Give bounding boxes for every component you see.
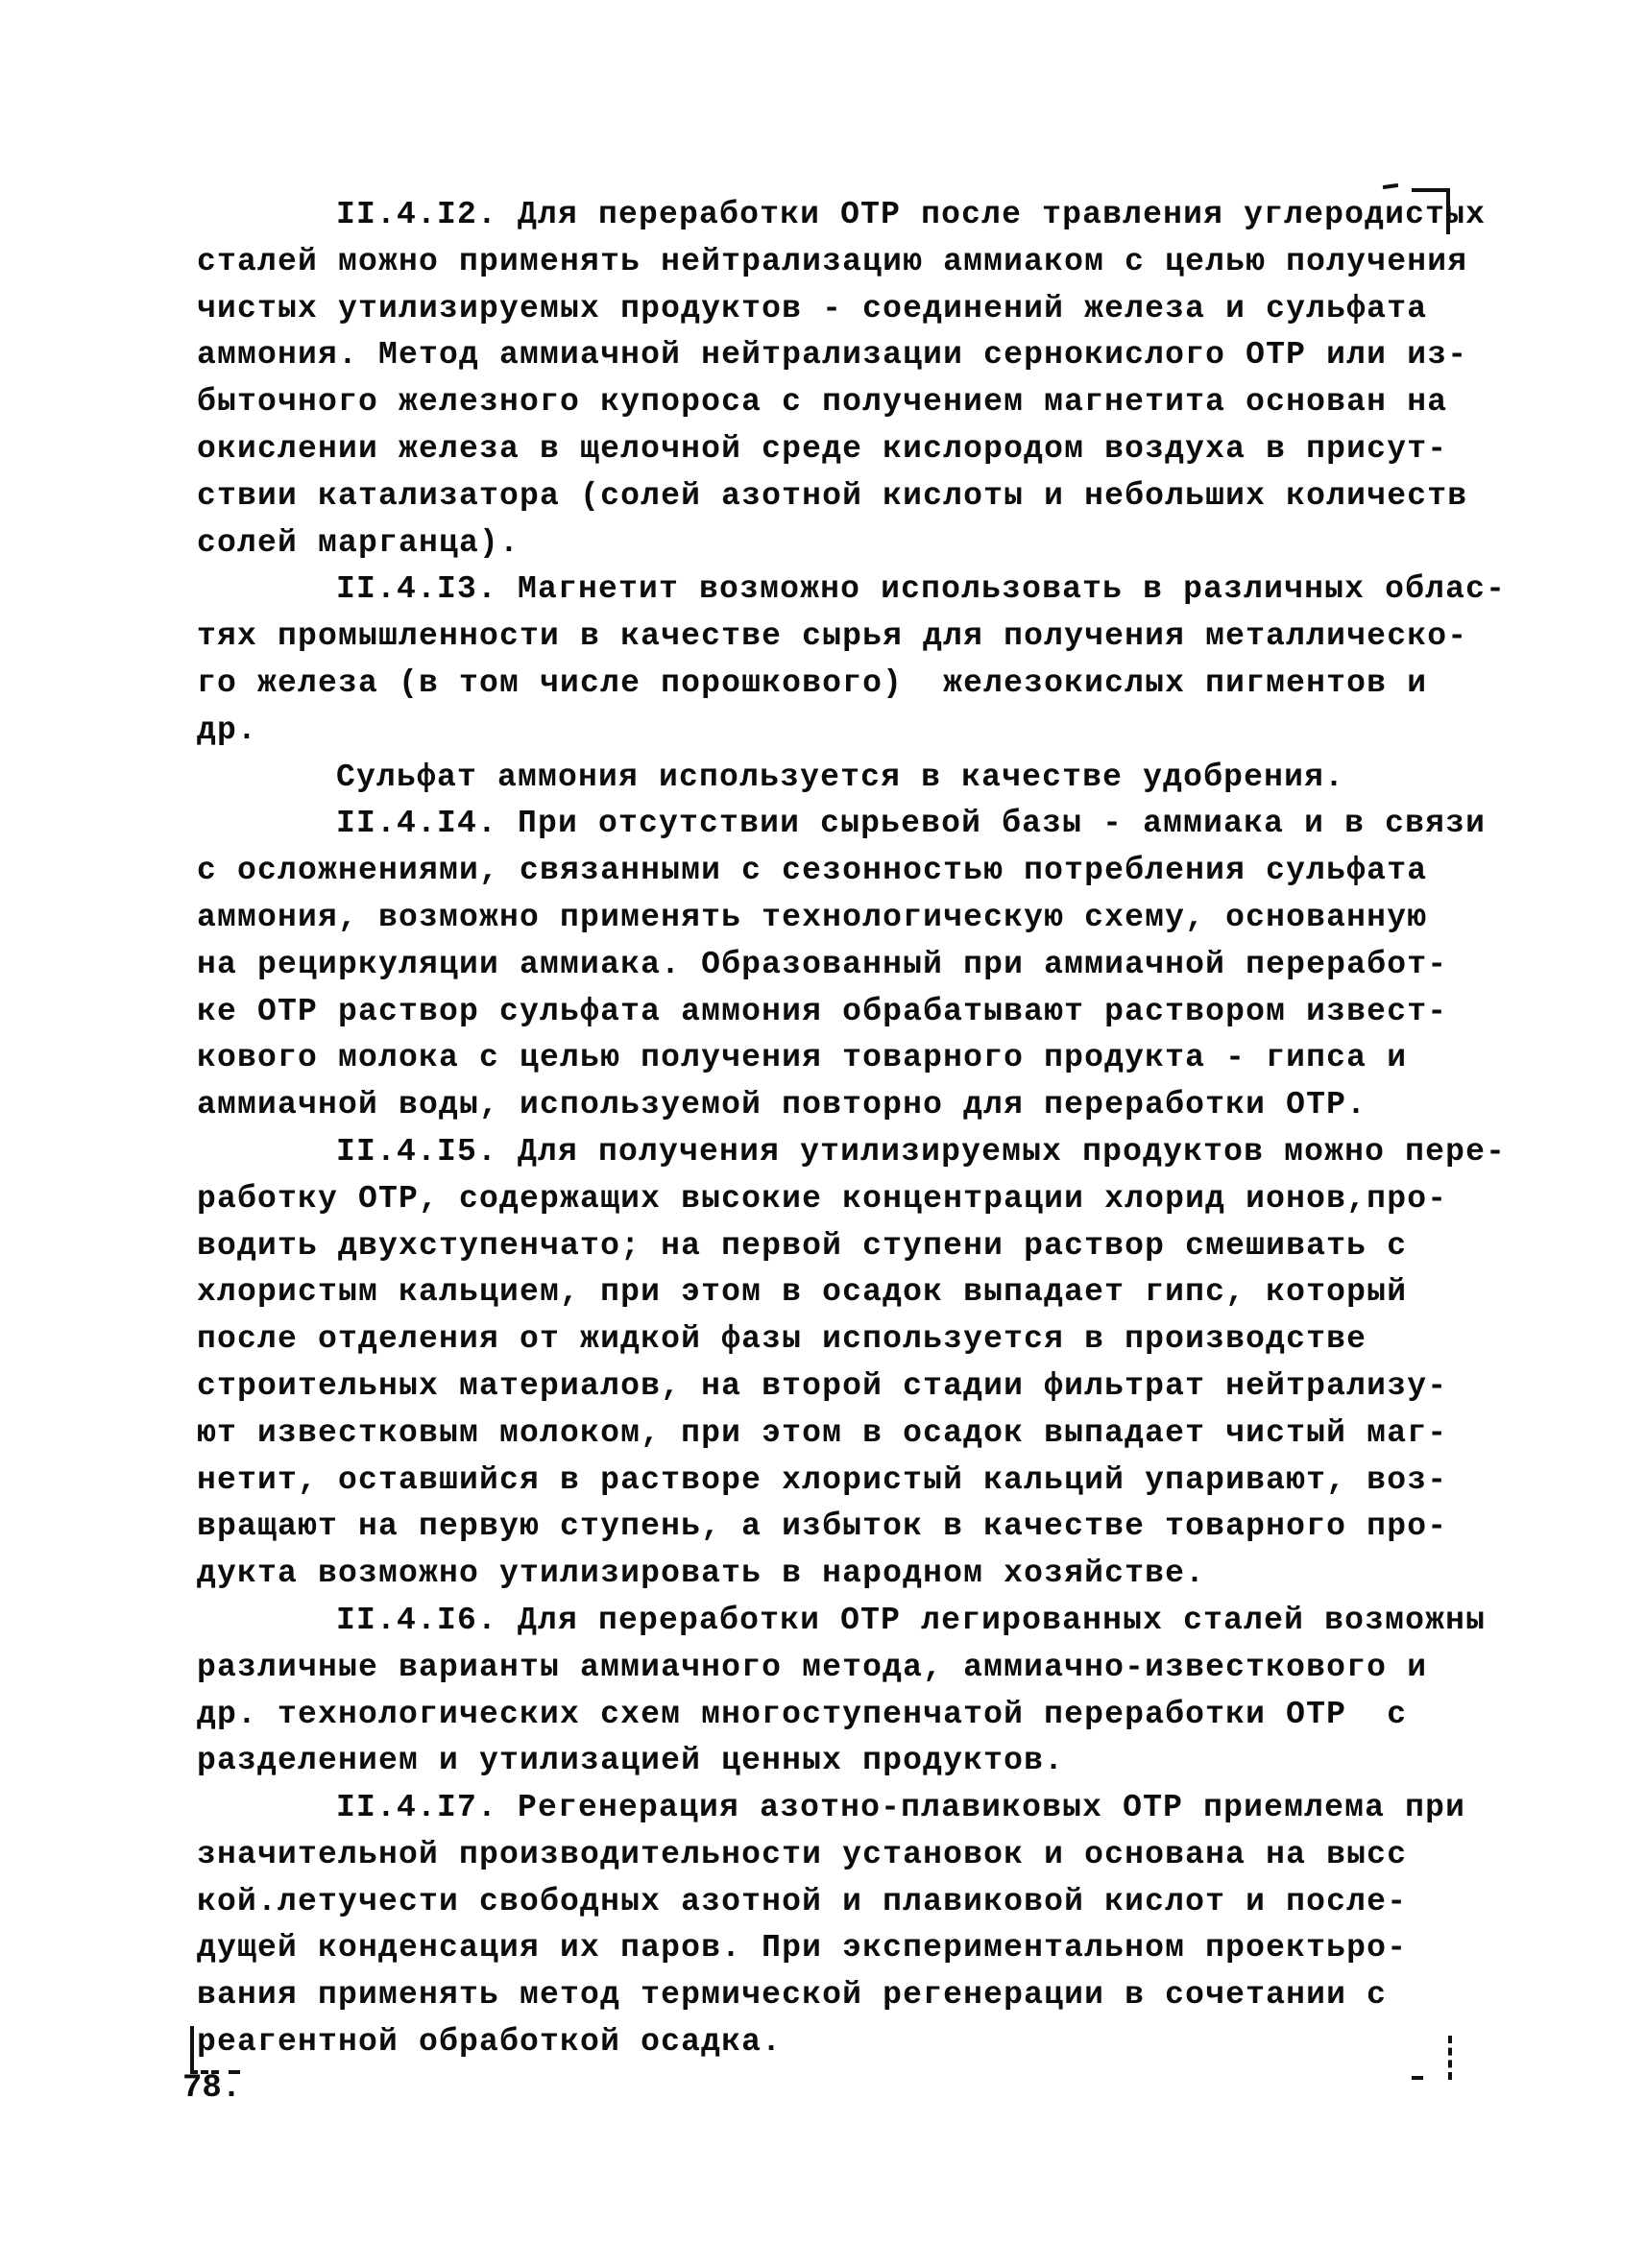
document-text-block: II.4.I2. Для переработки ОТР после травл… [197,192,1503,2066]
text-line: чистых утилизируемых продуктов - соедине… [197,286,1503,333]
text-line: реагентной обработкой осадка. [197,2019,1503,2066]
text-line: кой.летучести свободных азотной и плавик… [197,1879,1503,1926]
text-line: аммония, возможно применять технологичес… [197,895,1503,942]
text-line: значительной производительности установо… [197,1832,1503,1879]
text-line: с осложнениями, связанными с сезонностью… [197,848,1503,895]
text-line: дукта возможно утилизировать в народном … [197,1551,1503,1598]
text-line: ке ОТР раствор сульфата аммония обрабаты… [197,989,1503,1036]
text-line: II.4.I3. Магнетит возможно использовать … [197,567,1503,614]
crop-mark-bottom-right-icon [1433,2036,1452,2080]
text-line: на рециркуляции аммиака. Образованный пр… [197,942,1503,989]
text-line: II.4.I6. Для переработки ОТР легированны… [197,1598,1503,1645]
text-line: после отделения от жидкой фазы используе… [197,1316,1503,1363]
text-line: хлористым кальцием, при этом в осадок вы… [197,1269,1503,1316]
text-line: нетит, оставшийся в растворе хлористый к… [197,1458,1503,1505]
text-line: кового молока с целью получения товарног… [197,1035,1503,1082]
page-number: 78. [182,2070,241,2107]
text-line: ют известковым молоком, при этом в осадо… [197,1411,1503,1458]
text-line: ствии катализатора (солей азотной кислот… [197,473,1503,520]
document-page: II.4.I2. Для переработки ОТР после травл… [0,0,1645,2268]
text-line: окислении железа в щелочной среде кислор… [197,426,1503,473]
crop-mark-bottom-left-tick-icon [229,2070,240,2074]
text-line: вращают на первую ступень, а избыток в к… [197,1504,1503,1551]
text-line: др. [197,708,1503,755]
crop-mark-bottom-right-tick-icon [1412,2076,1423,2080]
text-line: строительных материалов, на второй стади… [197,1363,1503,1411]
text-line: II.4.I2. Для переработки ОТР после травл… [197,192,1503,239]
text-line: быточного железного купороса с получение… [197,379,1503,426]
text-line: аммония. Метод аммиачной нейтрализации с… [197,332,1503,379]
text-line: различные варианты аммиачного метода, ам… [197,1645,1503,1692]
text-line: дущей конденсация их паров. При эксперим… [197,1925,1503,1972]
text-line: II.4.I5. Для получения утилизируемых про… [197,1129,1503,1176]
text-line: вания применять метод термической регене… [197,1972,1503,2019]
crop-mark-bottom-left-icon [190,2026,219,2074]
text-line: сталей можно применять нейтрализацию амм… [197,239,1503,286]
text-line: го железа (в том числе порошкового) желе… [197,661,1503,708]
text-line: II.4.I7. Регенерация азотно-плавиковых О… [197,1785,1503,1832]
crop-mark-top-right-tick-icon [1383,183,1398,189]
text-line: водить двухступенчато; на первой ступени… [197,1223,1503,1270]
text-line: разделением и утилизацией ценных продукт… [197,1738,1503,1785]
text-line: др. технологических схем многоступенчато… [197,1692,1503,1739]
text-line: работку ОТР, содержащих высокие концентр… [197,1176,1503,1223]
text-line: тях промышленности в качестве сырья для … [197,614,1503,661]
crop-mark-top-right-icon [1412,188,1450,234]
text-line: солей марганца). [197,520,1503,567]
text-line: аммиачной воды, используемой повторно дл… [197,1082,1503,1129]
text-line: Сульфат аммония используется в качестве … [197,755,1503,802]
text-line: II.4.I4. При отсутствии сырьевой базы - … [197,801,1503,848]
